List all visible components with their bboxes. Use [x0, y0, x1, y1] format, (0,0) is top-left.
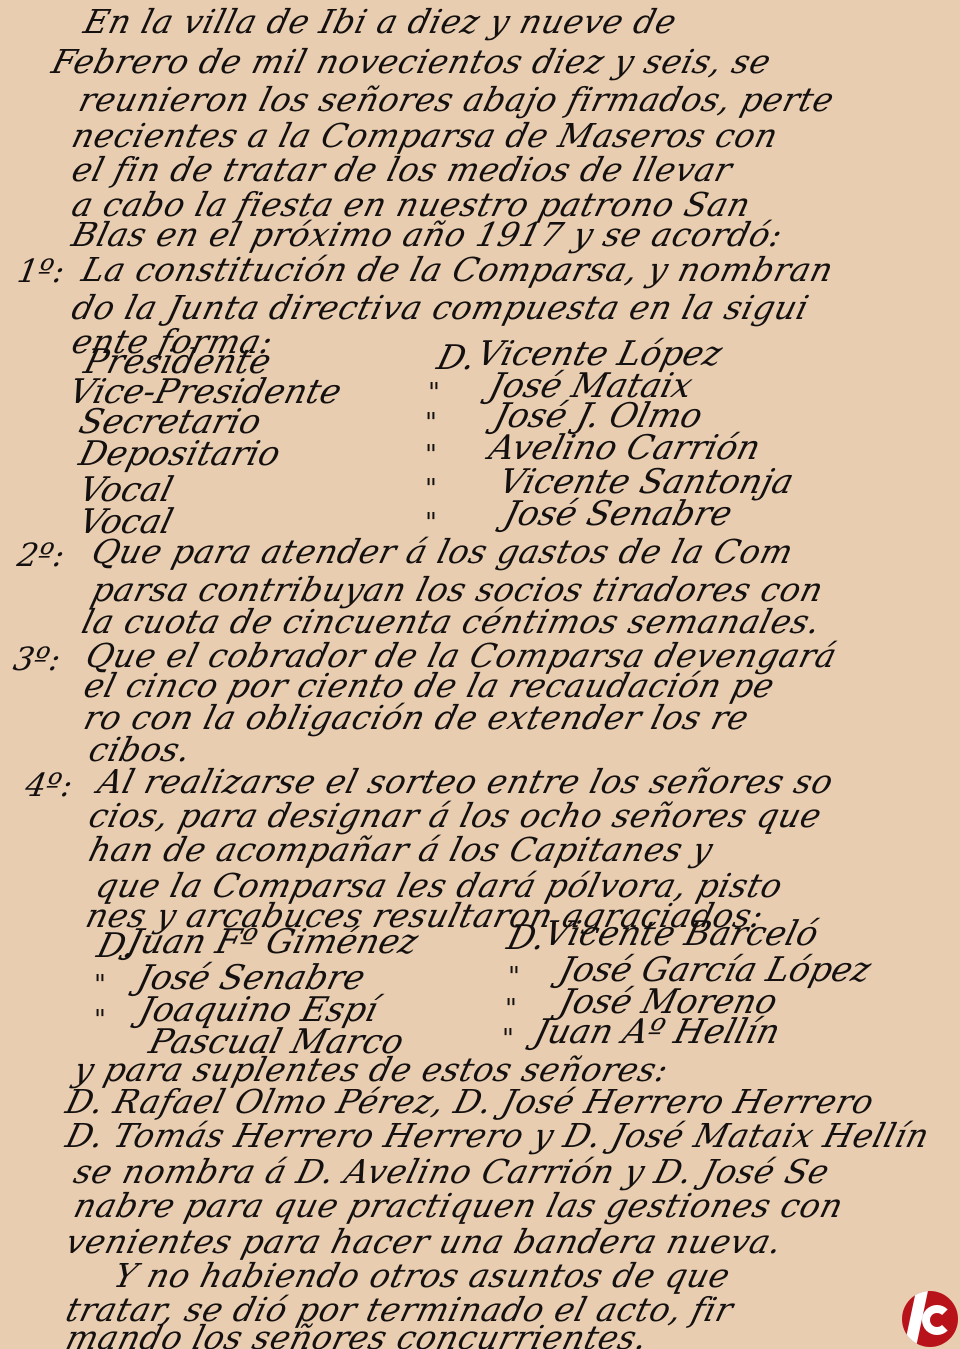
- ditto-mark: ": [508, 962, 520, 992]
- ditto-mark: ": [505, 994, 517, 1024]
- board-name: José Senabre: [500, 494, 736, 534]
- board-role: Depositario: [75, 434, 284, 474]
- manuscript-page: En la villa de Ibi a diez y nueve de Feb…: [0, 0, 960, 1349]
- publisher-logo-icon: [902, 1291, 958, 1347]
- intro-line: el fin de tratar de los medios de llevar: [68, 150, 737, 189]
- ditto-mark: ": [425, 474, 437, 504]
- closing-line: nabre para que practiquen las gestiones …: [70, 1186, 847, 1225]
- intro-line: reunieron los señores abajo firmados, pe…: [75, 80, 838, 119]
- winner-name: Juan Fº Giménez: [123, 922, 422, 962]
- intro-line: En la villa de Ibi a diez y nueve de: [80, 2, 681, 41]
- intro-line: Blas en el próximo año 1917 y se acordó:: [68, 215, 787, 254]
- item2-line: Que para atender á los gastos de la Com: [88, 532, 798, 571]
- ditto-mark: ": [94, 1005, 106, 1035]
- closing-line: D. Tomás Herrero Herrero y D. José Matai…: [62, 1116, 933, 1155]
- winner-name: Vicente Barceló: [540, 914, 822, 954]
- item-number: 4º:: [23, 766, 76, 804]
- item-number: 3º:: [11, 640, 64, 678]
- item4-line: han de acompañar á los Capitanes y: [85, 830, 717, 869]
- ditto-mark: ": [425, 440, 437, 470]
- item-number: 2º:: [15, 536, 68, 574]
- item-number: 1º:: [15, 252, 68, 290]
- closing-line: mando los señores concurrientes.: [62, 1318, 652, 1349]
- winner-name: Juan Aº Hellín: [530, 1012, 784, 1052]
- logo-c-shape: [922, 1305, 952, 1335]
- ditto-mark: ": [94, 970, 106, 1000]
- intro-line: Febrero de mil novecientos diez y seis, …: [48, 42, 775, 81]
- ditto-mark: ": [425, 408, 437, 438]
- item1-line: La constitución de la Comparsa, y nombra…: [78, 250, 838, 289]
- ditto-mark: ": [428, 378, 440, 408]
